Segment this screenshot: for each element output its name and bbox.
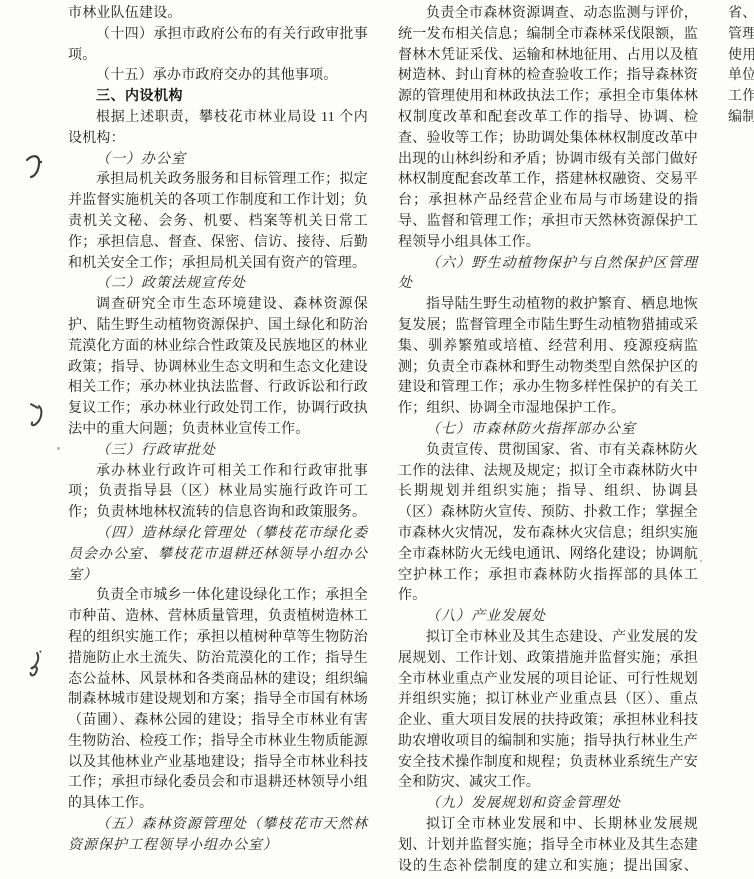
section-heading: （五）森林资源管理处（攀枝花市天然林资源保护工程领导小组办公室）: [68, 815, 368, 857]
scan-speckle: [700, 560, 702, 562]
section-heading: （二）政策法规宣传处: [68, 274, 368, 295]
paragraph: 调查研究全市生态环境建设、森林资源保护、陆生野生动植物资源保护、国土绿化和防治荒…: [68, 295, 368, 441]
paragraph: （十四）承担市政府公布的有关行政审批事项。: [68, 25, 368, 67]
text-columns: 市林业队伍建设。（十四）承担市政府公布的有关行政审批事项。（十五）承办市政府交办…: [0, 0, 754, 879]
paragraph: 负责全市城乡一体化建设绿化工作；承担全市种苗、造林、营林质量管理，负责植树造林工…: [68, 586, 368, 815]
section-heading: （一）办公室: [68, 150, 368, 171]
section-heading: 三、内设机构: [68, 87, 368, 108]
pen-mark-icon: [24, 150, 48, 184]
paragraph: 指导陆生野生动植物的救护繁育、栖息地恢复发展；监督管理全市陆生野生动植物猎捕或采…: [398, 295, 698, 420]
section-heading: （九）发展规划和资金管理处: [398, 794, 698, 815]
document-page: 市林业队伍建设。（十四）承担市政府公布的有关行政审批事项。（十五）承办市政府交办…: [0, 0, 754, 879]
paragraph: 负责宣传、贯彻国家、省、市有关森林防火工作的法律、法规及规定；拟订全市森林防火中…: [398, 441, 698, 607]
paragraph: 负责全市森林资源调查、动态监测与评价，统一发布相关信息；编制全市森林采伐限额，监…: [398, 4, 698, 254]
paragraph: 承办林业行政许可相关工作和行政审批事项；负责指导县（区）林业局实施行政许可工作；…: [68, 462, 368, 524]
paragraph: 根据上述职责，攀枝花市林业局设 11 个内设机构：: [68, 108, 368, 150]
section-heading: （八）产业发展处: [398, 607, 698, 628]
pen-mark-icon: [24, 397, 51, 433]
section-heading: （六）野生动植物保护与自然保护区管理处: [398, 254, 698, 296]
paragraph: 拟订全市林业及其生态建设、产业发展的发展规划、工作计划、政策措施并监督实施；承担…: [398, 628, 698, 794]
section-heading: （三）行政审批处: [68, 441, 368, 462]
paragraph: 市林业队伍建设。: [68, 4, 368, 25]
section-heading: （四）造林绿化管理处（攀枝花市绿化委员会办公室、攀枝花市退耕还林领导小组办公室）: [68, 524, 368, 586]
section-heading: （七）市森林防火指挥部办公室: [398, 420, 698, 441]
scan-speckle: [84, 795, 87, 798]
paragraph: 承担局机关政务服务和目标管理工作；拟定并监督实施机关的各项工作制度和工作计划；负…: [68, 170, 368, 274]
paragraph: （十五）承办市政府交办的其他事项。: [68, 66, 368, 87]
scan-speckle: [57, 447, 60, 450]
